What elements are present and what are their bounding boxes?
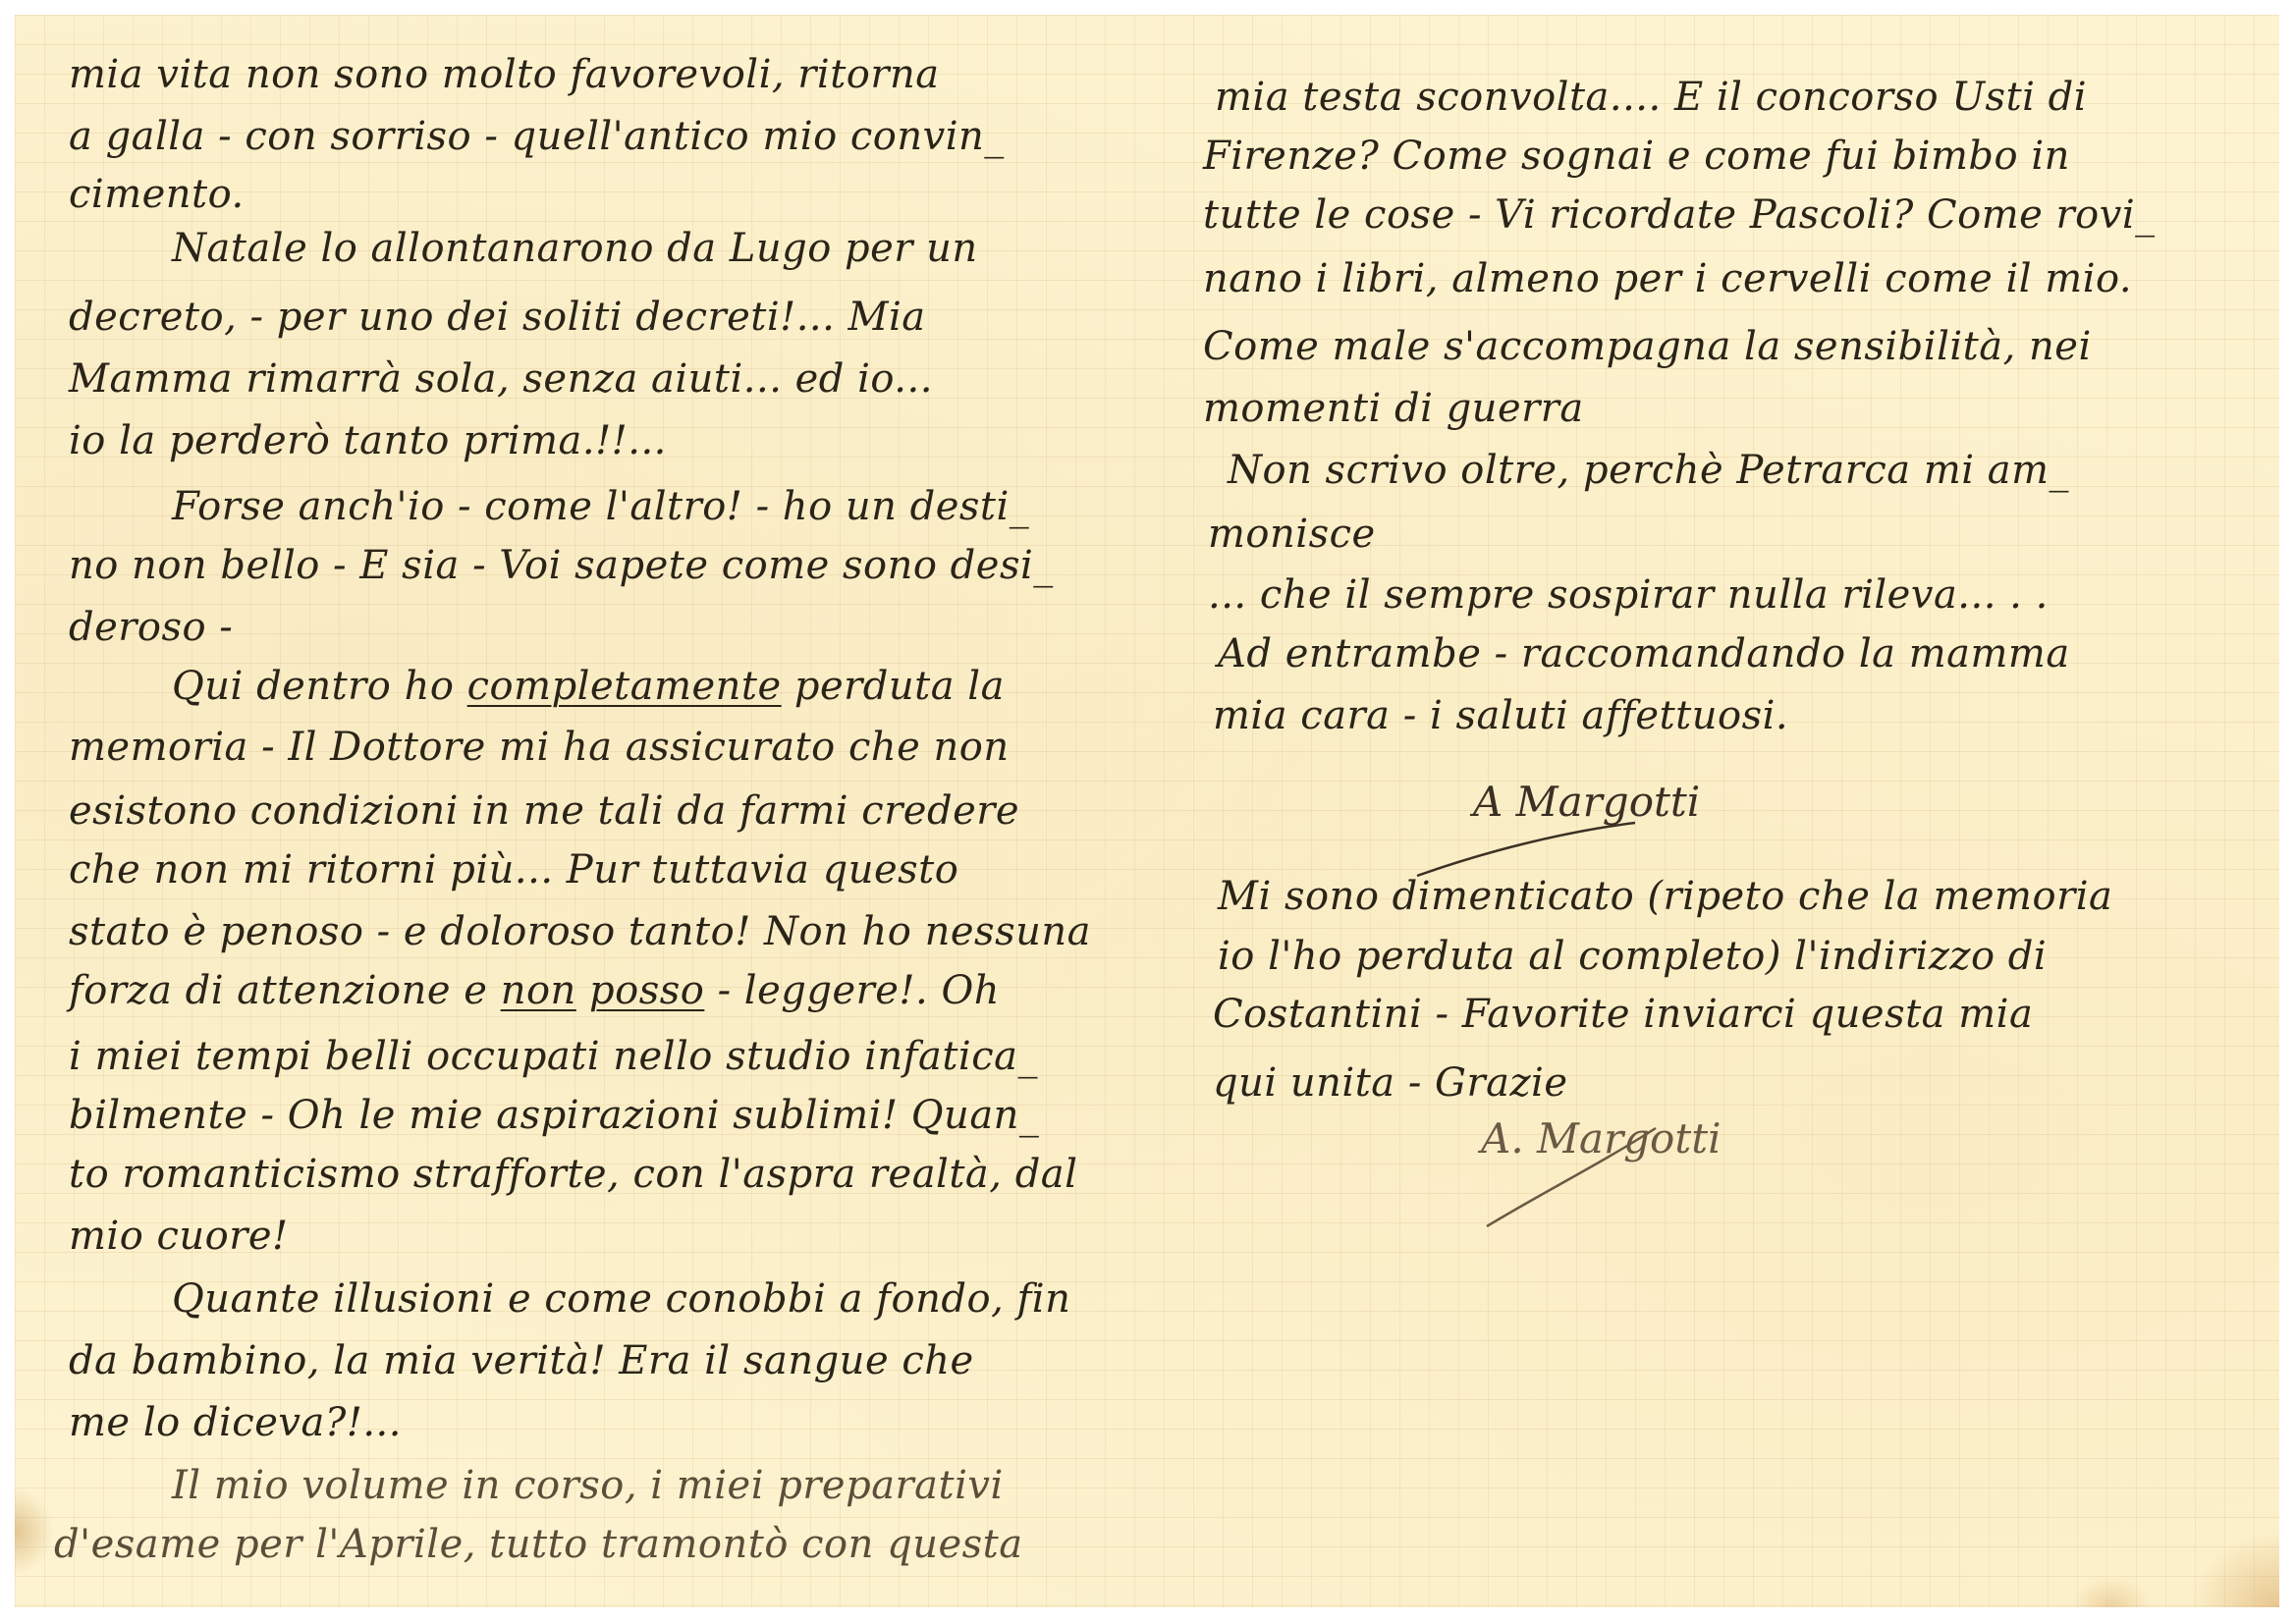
paragraph-start: Il mio volume in corso, i miei preparati… [172,1462,1004,1509]
text-line: Ad entrambe - raccomandando la mamma [1218,630,2070,677]
text-line: momenti di guerra [1203,385,1584,432]
text-line: stato è penoso - e doloroso tanto! Non h… [69,908,1091,955]
text-line: Firenze? Come sognai e come fui bimbo in [1203,133,2070,180]
paragraph-start: Qui dentro ho completamente perduta la [172,663,1005,710]
right-page: mia testa sconvolta.... E il concorso Us… [1169,0,2296,1623]
paragraph-start: Quante illusioni e come conobbi a fondo,… [172,1275,1070,1323]
text-line: mia vita non sono molto favorevoli, rito… [69,51,940,98]
text-line: cimento. [69,171,245,218]
text-line: d'esame per l'Aprile, tutto tramontò con… [54,1521,1023,1568]
text-line: che non mi ritorni più... Pur tuttavia q… [69,846,958,893]
text-line: mia testa sconvolta.... E il concorso Us… [1215,74,2087,121]
text-line: bilmente - Oh le mie aspirazioni sublimi… [69,1092,1039,1139]
text-line: memoria - Il Dottore mi ha assicurato ch… [69,724,1010,771]
text-line: decreto, - per uno dei soliti decreti!..… [69,294,926,341]
postscript-line: qui unita - Grazie [1213,1059,1568,1107]
quotation-line: ... che il sempre sospirar nulla rileva.… [1208,571,2049,619]
postscript-line: Mi sono dimenticato (ripeto che la memor… [1218,873,2112,920]
text-line: nano i libri, almeno per i cervelli come… [1203,255,2132,302]
postscript-line: Costantini - Favorite inviarci questa mi… [1213,991,2033,1038]
text-line: forza di attenzione e non posso - legger… [69,967,1000,1014]
underlined-word: non [501,968,576,1013]
text-line: a galla - con sorriso - quell'antico mio… [69,113,1005,160]
postscript-line: io l'ho perduta al completo) l'indirizzo… [1218,933,2047,980]
text-line: deroso - [69,604,233,651]
text-segment: Qui dentro ho [172,664,454,709]
left-page: mia vita non sono molto favorevoli, rito… [0,0,1169,1623]
paragraph-start: Forse anch'io - come l'altro! - ho un de… [172,483,1029,530]
underlined-word: completamente [467,664,782,709]
text-line: to romanticismo strafforte, con l'aspra … [69,1151,1077,1198]
text-segment: perduta la [794,664,1005,709]
underlined-word: posso [589,968,704,1013]
signature-flourish [1483,1124,1660,1232]
paragraph-start: Non scrivo oltre, perchè Petrarca mi am_ [1228,447,2069,494]
text-line: da bambino, la mia verità! Era il sangue… [69,1337,974,1384]
text-segment: - leggere!. Oh [718,968,1000,1013]
text-line: i miei tempi belli occupati nello studio… [69,1033,1038,1080]
text-line: Mamma rimarrà sola, senza aiuti... ed io… [69,355,933,403]
text-line: me lo diceva?!... [69,1399,402,1446]
text-line: Come male s'accompagna la sensibilità, n… [1203,323,2092,370]
text-segment: forza di attenzione e [69,968,487,1013]
text-line: monisce [1208,511,1376,558]
text-line: tutte le cose - Vi ricordate Pascoli? Co… [1203,191,2156,239]
paragraph-start: Natale lo allontanarono da Lugo per un [172,225,978,272]
text-line: io la perderò tanto prima.!!... [69,417,667,464]
text-line: mia cara - i saluti affettuosi. [1213,692,1788,739]
text-line: esistono condizioni in me tali da farmi … [69,787,1019,835]
text-line: mio cuore! [69,1213,289,1260]
text-line: no non bello - E sia - Voi sapete come s… [69,542,1054,589]
